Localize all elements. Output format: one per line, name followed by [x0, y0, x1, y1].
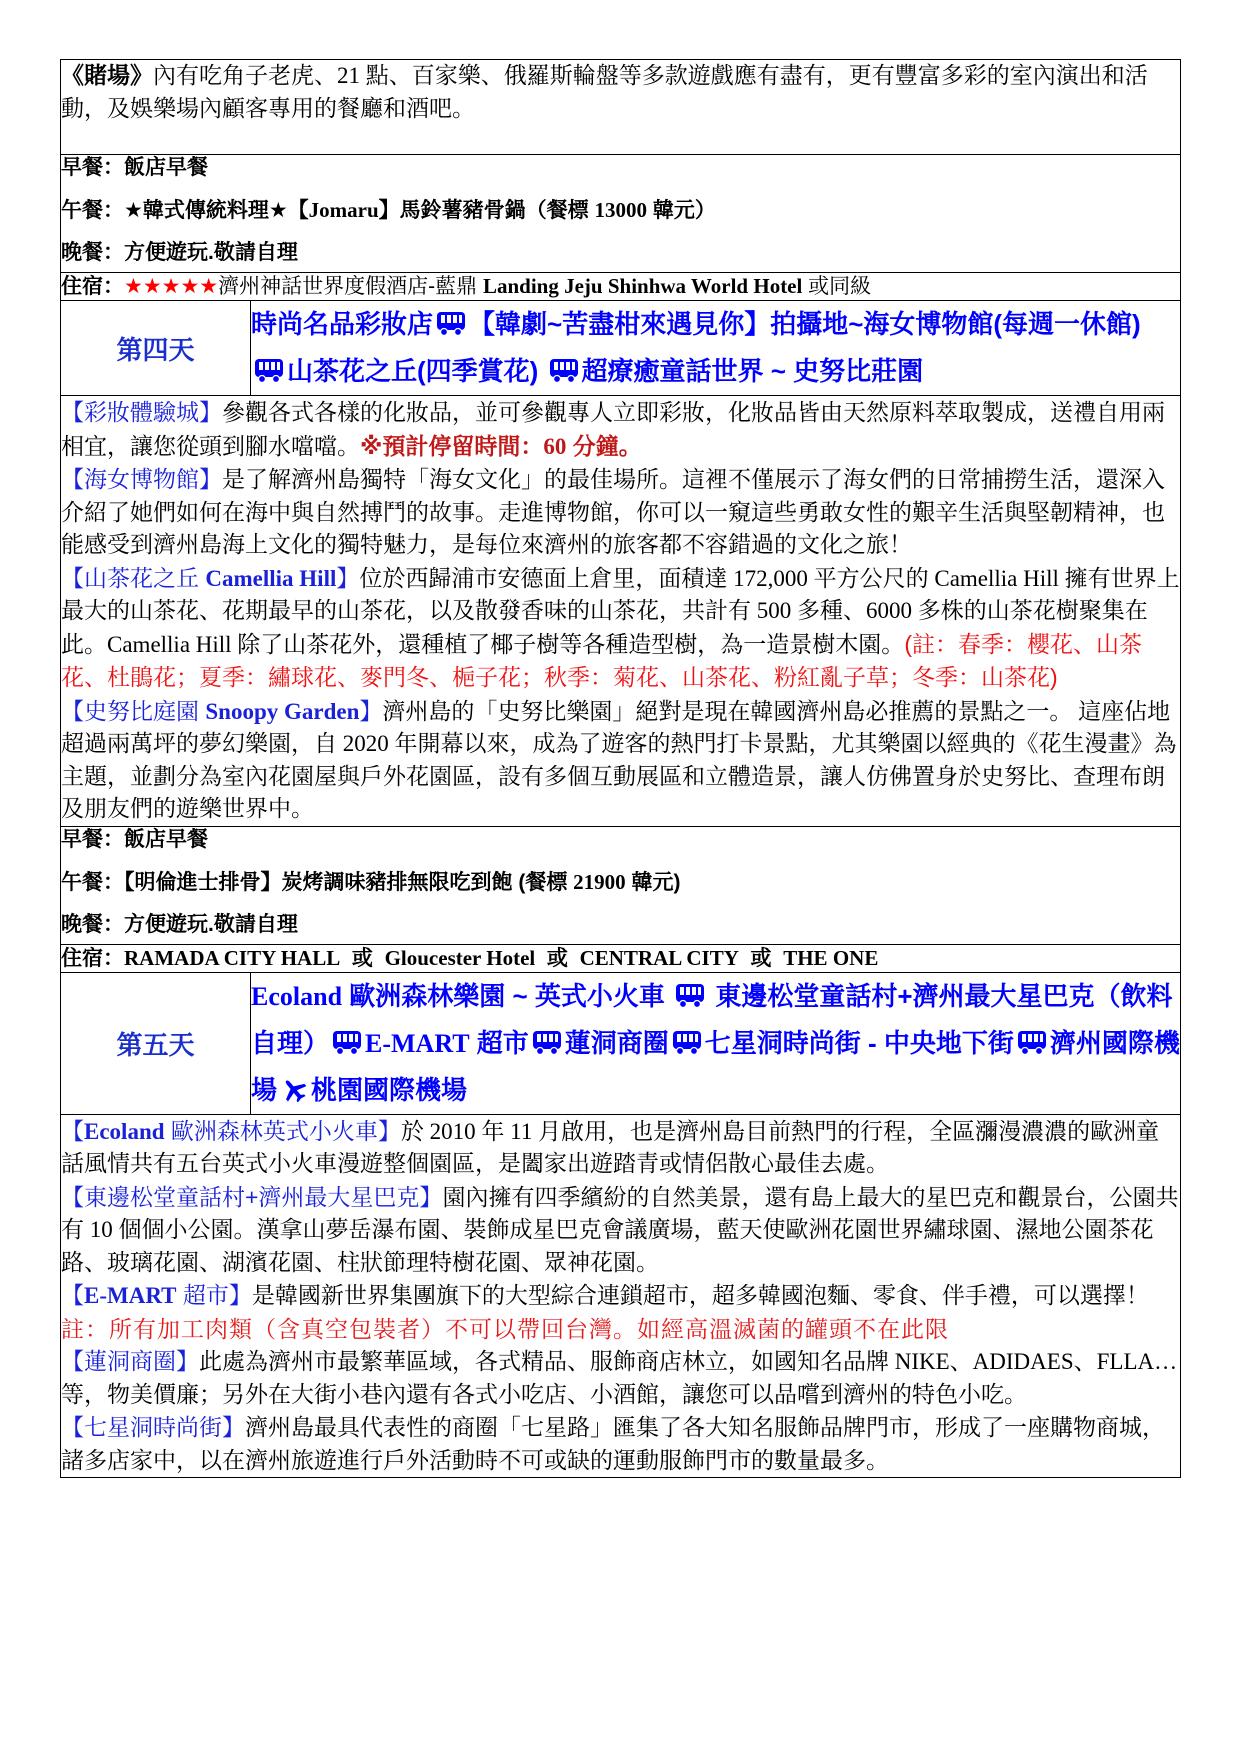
section-title-bracket: 【 [61, 1282, 84, 1308]
day4-route: 時尚名品彩妝店【韓劇~苦盡柑來遇見你】拍攝地~海女博物館(每週一休館) 山茶花之… [251, 301, 1181, 396]
bus-icon [332, 1030, 362, 1056]
section-title: 【蓮洞商圈】 [61, 1348, 199, 1374]
hotel-name-cn: 濟州神話世界度假酒店-藍鼎 [218, 275, 483, 298]
section-title-en: Camellia Hill [205, 566, 336, 591]
hotel-label: 住宿： [61, 947, 124, 970]
day3-lunch-suffix: 】馬鈴薯豬骨鍋（餐標 [379, 199, 595, 222]
section-ecoland: 【Ecoland 歐洲森林英式小火車】於 2010 年 11 月啟用，也是濟州島… [61, 1115, 1180, 1181]
casino-paragraph: 《賭場》內有吃角子老虎、21 點、百家樂、俄羅斯輪盤等多款遊戲應有盡有，更有豐富… [61, 60, 1180, 125]
section-title-end: 】 [336, 565, 359, 591]
route-stop: 【韓劇~苦盡柑來遇見你】拍攝地~海女博物館(每週一休館) [469, 309, 1141, 339]
bus-icon [532, 1030, 562, 1056]
section-chilseong: 【七星洞時尚街】濟州島最具代表性的商圈「七星路」匯集了各大知名服飾品牌門市，形成… [61, 1411, 1180, 1477]
section-title-cn: 歐洲森林英式小火車】 [165, 1118, 401, 1144]
section-title-bracket: 【 [61, 1118, 84, 1144]
section-title: 【山茶花之丘 Camellia Hill】 [61, 565, 359, 591]
day3-meals-row: 早餐：飯店早餐 午餐：★韓式傳統料理★【Jomaru】馬鈴薯豬骨鍋（餐標 130… [61, 155, 1181, 273]
day5-route: Ecoland 歐洲森林樂園 ~ 英式小火車 東邊松堂童話村+濟州最大星巴克（飲… [251, 972, 1181, 1114]
day4-hotel-cell: 住宿：RAMADA CITY HALL 或 Gloucester Hotel 或… [61, 944, 1181, 972]
section-title: 【七星洞時尚街】 [61, 1414, 245, 1440]
route-stop: 超療癒童話世界 ~ 史努比莊園 [582, 356, 924, 386]
customs-warning-note: 註：所有加工肉類（含真空包裝者）不可以帶回台灣。如經高溫滅菌的罐頭不在此限 [61, 1313, 1180, 1346]
bus-icon [1017, 1030, 1047, 1056]
route-stop: 蓮洞商圈 [565, 1028, 669, 1058]
stay-time-label: ※預計停留時間： [360, 433, 543, 459]
day3-lunch-prefix: 午餐：★韓式傳統料理★【 [61, 199, 309, 222]
bus-icon [436, 311, 466, 337]
day3-hotel-cell: 住宿：★★★★★濟州神話世界度假酒店-藍鼎 Landing Jeju Shinh… [61, 273, 1181, 301]
day4-header-row: 第四天 時尚名品彩妝店【韓劇~苦盡柑來遇見你】拍攝地~海女博物館(每週一休館) … [61, 301, 1181, 396]
stay-time-unit: 分鐘。 [566, 433, 641, 459]
itinerary-page: 《賭場》內有吃角子老虎、21 點、百家樂、俄羅斯輪盤等多款遊戲應有盡有，更有豐富… [60, 59, 1180, 1478]
hotel-option: RAMADA CITY HALL [124, 946, 340, 970]
or-separator: 或 [739, 947, 783, 970]
day4-details-cell: 【彩妝體驗城】參觀各式各樣的化妝品，並可參觀專人立即彩妝，化妝品皆由天然原料萃取… [61, 396, 1181, 827]
section-text: 是韓國新世界集團旗下的大型綜合連鎖超市，超多韓國泡麵、零食、伴手禮，可以選擇！ [252, 1283, 1149, 1308]
section-makeup: 【彩妝體驗城】參觀各式各樣的化妝品，並可參觀專人立即彩妝，化妝品皆由天然原料萃取… [61, 396, 1180, 463]
day4-meals-row: 早餐：飯店早餐 午餐：【明倫進士排骨】炭烤調味豬排無限吃到飽 (餐標 21900… [61, 826, 1181, 944]
casino-text: 內有吃角子老虎、21 點、百家樂、俄羅斯輪盤等多款遊戲應有盡有，更有豐富多彩的室… [61, 63, 1148, 121]
section-snoopy-garden: 【史努比庭園 Snoopy Garden】濟州島的「史努比樂園」絕對是現在韓國濟… [61, 695, 1180, 826]
or-separator: 或 [340, 947, 384, 970]
day5-header-row: 第五天 Ecoland 歐洲森林樂園 ~ 英式小火車 東邊松堂童話村+濟州最大星… [61, 972, 1181, 1114]
day4-breakfast: 早餐：飯店早餐 [61, 827, 1180, 853]
route-stop: 歐洲森林樂園 ~ 英式小火車 [342, 981, 672, 1011]
day3-lunch: 午餐：★韓式傳統料理★【Jomaru】馬鈴薯豬骨鍋（餐標 13000 韓元） [61, 197, 1180, 224]
day4-lunch-price: 21900 [573, 870, 626, 894]
section-title-cn: 【山茶花之丘 [61, 565, 205, 591]
route-stop-en: E-MART [365, 1029, 470, 1058]
day4-details-row: 【彩妝體驗城】參觀各式各樣的化妝品，並可參觀專人立即彩妝，化妝品皆由天然原料萃取… [61, 396, 1181, 827]
section-text: 此處為濟州市最繁華區域，各式精品、服飾商店林立，如國知名品牌 NIKE、ADID… [61, 1349, 1177, 1407]
hotel-suffix: 或同級 [802, 275, 871, 298]
section-dongbaek-village: 【東邊松堂童話村+濟州最大星巴克】園內擁有四季繽紛的自然美景，還有島上最大的星巴… [61, 1181, 1180, 1280]
bus-icon [672, 1030, 702, 1056]
section-title-en: Snoopy Garden [205, 699, 359, 724]
section-title-en: Ecoland [84, 1119, 165, 1144]
section-title: 【彩妝體驗城】 [61, 399, 222, 425]
casino-row: 《賭場》內有吃角子老虎、21 點、百家樂、俄羅斯輪盤等多款遊戲應有盡有，更有豐富… [61, 60, 1181, 155]
section-haenyeo-museum: 【海女博物館】是了解濟州島獨特「海女文化」的最佳場所。這裡不僅展示了海女們的日常… [61, 463, 1180, 562]
section-title-en: E-MART [84, 1283, 176, 1308]
bus-icon [549, 358, 579, 384]
day3-lunch-price: 13000 [595, 198, 648, 222]
hotel-option: THE ONE [783, 946, 878, 970]
day5-details-row: 【Ecoland 歐洲森林英式小火車】於 2010 年 11 月啟用，也是濟州島… [61, 1114, 1181, 1478]
section-title: 【東邊松堂童話村+濟州最大星巴克】 [61, 1184, 442, 1210]
section-text: 是了解濟州島獨特「海女文化」的最佳場所。這裡不僅展示了海女們的日常捕撈生活，還深… [61, 467, 1165, 557]
day3-meals-cell: 早餐：飯店早餐 午餐：★韓式傳統料理★【Jomaru】馬鈴薯豬骨鍋（餐標 130… [61, 155, 1181, 273]
star-rating: ★★★★★ [124, 275, 218, 298]
hotel-name-en: Landing Jeju Shinhwa World Hotel [483, 274, 802, 298]
route-stop-en: Ecoland [251, 982, 342, 1011]
day4-lunch: 午餐：【明倫進士排骨】炭烤調味豬排無限吃到飽 (餐標 21900 韓元) [61, 869, 1180, 896]
day3-dinner: 晚餐：方便遊玩.敬請自理 [61, 240, 1180, 266]
hotel-label: 住宿： [61, 275, 124, 298]
day4-lunch-prefix: 午餐：【明倫進士排骨】炭烤調味豬排無限吃到飽 (餐標 [61, 871, 573, 894]
or-separator: 或 [535, 947, 579, 970]
day4-hotel-row: 住宿：RAMADA CITY HALL 或 Gloucester Hotel 或… [61, 944, 1181, 972]
stay-time-note: ※預計停留時間：60 分鐘。 [360, 433, 642, 459]
section-emart: 【E-MART 超市】是韓國新世界集團旗下的大型綜合連鎖超市，超多韓國泡麵、零食… [61, 1279, 1180, 1313]
route-stop: 七星洞時尚街 - 中央地下街 [705, 1028, 1014, 1058]
day4-dinner: 晚餐：方便遊玩.敬請自理 [61, 912, 1180, 938]
bus-icon [675, 983, 705, 1009]
day5-details-cell: 【Ecoland 歐洲森林英式小火車】於 2010 年 11 月啟用，也是濟州島… [61, 1114, 1181, 1478]
section-title-cn: 【史努比庭園 [61, 698, 205, 724]
casino-title: 《賭場》 [61, 63, 153, 89]
route-stop: 超市 [470, 1028, 529, 1058]
route-stop: 時尚名品彩妝店 [251, 309, 433, 339]
day3-breakfast: 早餐：飯店早餐 [61, 155, 1180, 181]
day4-lunch-currency: 韓元) [626, 871, 681, 894]
section-title: 【史努比庭園 Snoopy Garden】 [61, 698, 382, 724]
day3-hotel-row: 住宿：★★★★★濟州神話世界度假酒店-藍鼎 Landing Jeju Shinh… [61, 273, 1181, 301]
hotel-option: CENTRAL CITY [580, 946, 739, 970]
day3-lunch-restaurant: Jomaru [309, 198, 379, 222]
section-title: 【E-MART 超市】 [61, 1282, 252, 1308]
section-title: 【Ecoland 歐洲森林英式小火車】 [61, 1118, 401, 1144]
day4-label: 第四天 [61, 301, 251, 396]
airplane-icon [280, 1077, 308, 1103]
route-stop: 山茶花之丘(四季賞花) [287, 356, 546, 386]
route-stop: 桃園國際機場 [311, 1075, 467, 1105]
section-title: 【海女博物館】 [61, 466, 222, 492]
day3-lunch-currency: 韓元） [647, 199, 716, 222]
section-title-cn: 超市】 [176, 1282, 251, 1308]
day4-meals-cell: 早餐：飯店早餐 午餐：【明倫進士排骨】炭烤調味豬排無限吃到飽 (餐標 21900… [61, 826, 1181, 944]
itinerary-table: 《賭場》內有吃角子老虎、21 點、百家樂、俄羅斯輪盤等多款遊戲應有盡有，更有豐富… [60, 59, 1181, 1478]
section-yeondong: 【蓮洞商圈】此處為濟州市最繁華區域，各式精品、服飾商店林立，如國知名品牌 NIK… [61, 1345, 1180, 1411]
stay-time-value: 60 [543, 434, 566, 459]
hotel-option: Gloucester Hotel [385, 946, 536, 970]
section-title-end: 】 [359, 698, 382, 724]
section-camellia-hill: 【山茶花之丘 Camellia Hill】位於西歸浦市安德面上倉里，面積達 17… [61, 562, 1180, 695]
day5-label: 第五天 [61, 972, 251, 1114]
casino-cell: 《賭場》內有吃角子老虎、21 點、百家樂、俄羅斯輪盤等多款遊戲應有盡有，更有豐富… [61, 60, 1181, 155]
bus-icon [254, 358, 284, 384]
